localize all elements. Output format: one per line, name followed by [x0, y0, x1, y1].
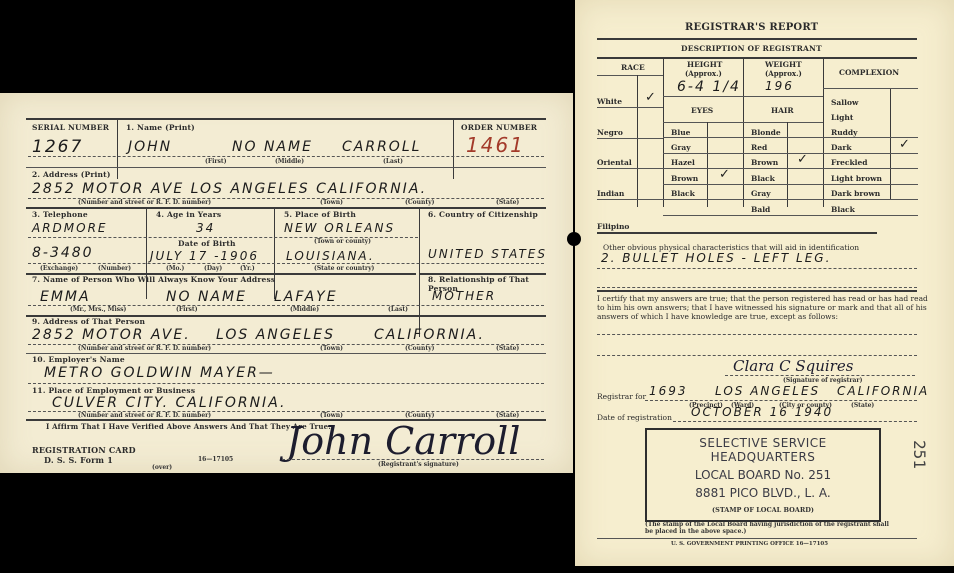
- stamp-note: (The stamp of the Local Board having jur…: [645, 521, 895, 535]
- dotted-line: [725, 375, 915, 376]
- form-number: D. S. S. Form 1: [44, 455, 113, 465]
- complexion-option-light-brown: Light brown: [831, 174, 882, 183]
- rule: [663, 137, 918, 138]
- rule: [663, 199, 918, 200]
- rule: [597, 75, 663, 76]
- sub-label: (Number and street or R. F. D. number): [78, 345, 211, 352]
- divider: [419, 207, 420, 337]
- divider: [707, 122, 708, 207]
- rule: [26, 207, 546, 209]
- complexion-option-freckled: Freckled: [831, 158, 868, 167]
- check-mark-icon: ✓: [719, 167, 730, 182]
- complexion-option-light: Light: [831, 113, 853, 122]
- order-number-label: ORDER NUMBER: [461, 123, 537, 132]
- telephone-label: 3. Telephone: [32, 210, 88, 219]
- dotted-line: [645, 400, 917, 401]
- height-value: 6-4 1/4: [677, 79, 741, 95]
- citizenship-label: 6. Country of Citizenship: [428, 210, 538, 219]
- age-label: 4. Age in Years: [156, 210, 221, 219]
- over-note: (over): [152, 464, 172, 471]
- sub-label: (Town): [320, 199, 343, 206]
- race-option-white: White: [597, 97, 622, 106]
- name-last: CARROLL: [342, 139, 421, 155]
- name-label: 1. Name (Print): [126, 123, 195, 132]
- dotted-line: [597, 355, 917, 356]
- punch-hole: [567, 232, 581, 246]
- stamp-line-1: SELECTIVE SERVICE HEADQUARTERS: [647, 436, 879, 464]
- employment-place-value: CULVER CITY. CALIFORNIA.: [52, 395, 286, 411]
- sub-label: (Number): [98, 265, 131, 272]
- contact-state: CALIFORNIA.: [374, 327, 485, 343]
- dotted-line: [597, 334, 917, 335]
- hair-option-gray: Gray: [751, 189, 771, 198]
- sub-label: (Exchange): [40, 265, 78, 272]
- contact-person-label: 7. Name of Person Who Will Always Know Y…: [32, 275, 275, 284]
- divider: [453, 119, 454, 179]
- dotted-line: [673, 421, 917, 422]
- rule: [663, 96, 823, 97]
- sub-label: (State): [496, 345, 519, 352]
- sub-label: (State or country): [314, 265, 374, 272]
- eyes-option-gray: Gray: [671, 143, 691, 152]
- complexion-header: COMPLEXION: [839, 68, 899, 77]
- sub-label: (State): [851, 402, 874, 409]
- employer-label: 10. Employer's Name: [32, 355, 125, 364]
- race-option-oriental: Oriental: [597, 158, 632, 167]
- rule: [663, 153, 918, 154]
- state-value: CALIFORNIA: [837, 384, 929, 398]
- print-code: 16—17105: [198, 456, 233, 463]
- hair-option-brown: Brown: [751, 158, 778, 167]
- sub-label: (Mo.): [166, 265, 184, 272]
- registrant-signature: John Carroll: [286, 419, 520, 463]
- rule: [597, 538, 917, 539]
- contact-town: LOS ANGELES: [216, 327, 335, 343]
- hair-option-black: Black: [751, 174, 775, 183]
- weight-sub: (Approx.): [765, 69, 802, 78]
- stamp-line-2: LOCAL BOARD No. 251: [647, 468, 879, 482]
- rule: [663, 168, 918, 169]
- rule: [663, 215, 918, 216]
- citizenship-value: UNITED STATES: [428, 247, 547, 261]
- eyes-option-brown: Brown: [671, 174, 698, 183]
- sub-label: (County): [405, 412, 434, 419]
- name-middle: NO NAME: [232, 139, 313, 155]
- contact-first: NO NAME: [166, 289, 247, 305]
- hair-option-bald: Bald: [751, 205, 770, 214]
- eyes-option-blue: Blue: [671, 128, 690, 137]
- complexion-option-dark-brown: Dark brown: [831, 189, 880, 198]
- weight-header: WEIGHT: [765, 60, 802, 69]
- sub-label: (Town): [320, 345, 343, 352]
- telephone-exchange: ARDMORE: [32, 221, 108, 235]
- place-of-birth-label: 5. Place of Birth: [284, 210, 356, 219]
- stamp-line-4: (STAMP OF LOCAL BOARD): [647, 506, 879, 514]
- dob-value: JULY 17 -1906: [150, 249, 259, 263]
- height-sub: (Approx.): [685, 69, 722, 78]
- sub-label: (Town or county): [314, 238, 371, 245]
- contact-address-label: 9. Address of That Person: [32, 317, 145, 326]
- age-value: 34: [196, 221, 215, 235]
- sub-label: (Town): [320, 412, 343, 419]
- sub-label: (Number and street or R. F. D. number): [78, 412, 211, 419]
- sub-label: (Day): [204, 265, 222, 272]
- divider: [117, 119, 118, 179]
- sub-label: (First): [205, 158, 227, 165]
- sub-label: (Mr., Mrs., Miss): [70, 306, 126, 313]
- rule: [26, 353, 546, 354]
- weight-value: 196: [765, 79, 794, 93]
- other-characteristics-value: 2. BULLET HOLES - LEFT LEG.: [601, 251, 831, 265]
- footer-text: U. S. GOVERNMENT PRINTING OFFICE 16—1710…: [671, 541, 828, 547]
- dob-label: Date of Birth: [178, 239, 236, 248]
- sub-label: (Middle): [275, 158, 304, 165]
- eyes-option-hazel: Hazel: [671, 158, 695, 167]
- telephone-number: 8-3480: [32, 245, 94, 261]
- rule: [597, 138, 663, 139]
- stamp-line-3: 8881 PICO BLVD., L. A.: [647, 486, 879, 500]
- sub-label: (County): [405, 345, 434, 352]
- race-option-negro: Negro: [597, 128, 623, 137]
- hair-header: HAIR: [771, 106, 794, 115]
- sub-label: (County): [405, 199, 434, 206]
- registrar-for-label: Registrar for: [597, 392, 646, 401]
- employer-value: METRO GOLDWIN MAYER—: [44, 365, 275, 381]
- check-mark-icon: ✓: [899, 137, 910, 152]
- sub-label: (Number and street or R. F. D. number): [78, 199, 211, 206]
- registrar-signature: Clara C Squires: [733, 357, 853, 375]
- rule: [663, 122, 823, 123]
- local-board-stamp: SELECTIVE SERVICE HEADQUARTERS LOCAL BOA…: [645, 428, 881, 522]
- birth-town: NEW ORLEANS: [284, 221, 395, 235]
- rule: [663, 184, 918, 185]
- check-mark-icon: ✓: [645, 90, 656, 105]
- eyes-header: EYES: [691, 106, 713, 115]
- rule: [26, 167, 546, 168]
- complexion-option-dark: Dark: [831, 143, 852, 152]
- complexion-option-sallow: Sallow: [831, 98, 858, 107]
- order-number-value: 1461: [466, 133, 525, 157]
- sub-label: (First): [176, 306, 198, 313]
- race-header: RACE: [621, 63, 645, 72]
- sub-label: (State): [496, 412, 519, 419]
- birth-state: LOUISIANA.: [286, 249, 375, 263]
- sub-label: (Yr.): [240, 265, 255, 272]
- contact-street: 2852 MOTOR AVE.: [32, 327, 191, 343]
- rule: [597, 107, 663, 108]
- certify-text: I certify that my answers are true; that…: [597, 294, 937, 321]
- signature-label: (Signature of registrar): [783, 377, 862, 384]
- dotted-line: [282, 459, 544, 460]
- hair-option-blonde: Blonde: [751, 128, 781, 137]
- sub-label: (Last): [383, 158, 403, 165]
- serial-number-value: 1267: [32, 137, 83, 157]
- rule: [597, 232, 877, 234]
- divider: [787, 122, 788, 207]
- registration-card-front: SERIAL NUMBER 1. Name (Print) ORDER NUMB…: [0, 93, 573, 473]
- dotted-line: [28, 156, 544, 157]
- race-option-filipino: Filipino: [597, 222, 629, 231]
- hair-option-red: Red: [751, 143, 767, 152]
- sub-label: (Middle): [290, 306, 319, 313]
- rule: [597, 168, 663, 169]
- divider: [274, 207, 275, 299]
- height-header: HEIGHT: [687, 60, 722, 69]
- complexion-option-black: Black: [831, 205, 855, 214]
- employment-place-label: 11. Place of Employment or Business: [32, 386, 195, 395]
- dotted-line: [28, 263, 544, 264]
- rule: [597, 290, 917, 292]
- city-value: LOS ANGELES: [715, 384, 820, 398]
- rule: [597, 199, 663, 200]
- rule: [823, 88, 918, 89]
- relationship-value: MOTHER: [432, 289, 496, 303]
- address-label: 2. Address (Print): [32, 170, 111, 179]
- complexion-option-ruddy: Ruddy: [831, 128, 858, 137]
- rule: [597, 57, 917, 59]
- date-value: OCTOBER 16 1940: [691, 405, 833, 419]
- dotted-line: [28, 383, 544, 384]
- name-first: JOHN: [128, 139, 172, 155]
- serial-number-label: SERIAL NUMBER: [32, 123, 109, 132]
- side-number: 251: [910, 440, 929, 469]
- form-title: REGISTRATION CARD: [32, 445, 136, 455]
- race-option-indian: Indian: [597, 189, 624, 198]
- report-subtitle: DESCRIPTION OF REGISTRANT: [681, 44, 822, 53]
- dotted-line: [597, 287, 917, 288]
- dotted-line: [597, 268, 917, 269]
- date-label: Date of registration: [597, 413, 672, 422]
- report-title: REGISTRAR'S REPORT: [685, 22, 818, 33]
- contact-title: EMMA: [40, 289, 91, 305]
- top-rule: [26, 118, 546, 120]
- contact-last: LAFAYE: [274, 289, 338, 305]
- signature-label: (Registrant's signature): [378, 461, 459, 468]
- eyes-option-black: Black: [671, 189, 695, 198]
- divider: [146, 207, 147, 299]
- check-mark-icon: ✓: [797, 152, 808, 167]
- sub-label: (State): [496, 199, 519, 206]
- rule: [597, 38, 917, 40]
- address-value: 2852 MOTOR AVE LOS ANGELES CALIFORNIA.: [32, 181, 427, 197]
- sub-label: (Last): [388, 306, 408, 313]
- precinct-value: 1693: [649, 384, 688, 398]
- divider: [637, 75, 638, 207]
- registrars-report-back: REGISTRAR'S REPORT DESCRIPTION OF REGIST…: [575, 0, 954, 566]
